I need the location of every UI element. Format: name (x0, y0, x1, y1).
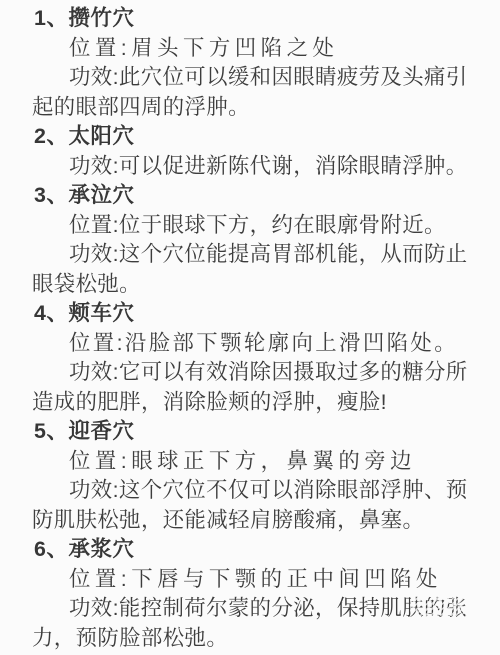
point-heading: 2、太阳穴 (32, 122, 470, 152)
point-heading: 4、颊车穴 (32, 299, 470, 329)
point-heading: 3、承泣穴 (32, 181, 470, 211)
effect-line: 功效:能控制荷尔蒙的分泌，保持肌肤的张 (32, 594, 470, 624)
effect-line: 功效:这个穴位不仅可以消除眼部浮肿、预 (32, 476, 470, 506)
effect-line: 功效:可以促进新陈代谢，消除眼睛浮肿。 (32, 152, 470, 182)
acupoint-section-5: 5、迎香穴 位置:眼球正下方，鼻翼的旁边 功效:这个穴位不仅可以消除眼部浮肿、预… (32, 417, 470, 535)
point-heading: 1、攒竹穴 (32, 4, 470, 34)
location-line: 位置:位于眼球下方，约在眼廓骨附近。 (32, 211, 470, 241)
effect-line-cont: 防肌肤松弛，还能减轻肩膀酸痛，鼻塞。 (32, 506, 470, 536)
effect-line-cont: 力，预防脸部松弛。 (32, 624, 470, 654)
acupoint-section-4: 4、颊车穴 位置:沿脸部下颚轮廓向上滑凹陷处。 功效:它可以有效消除因摄取过多的… (32, 299, 470, 417)
point-heading: 6、承浆穴 (32, 535, 470, 565)
acupoint-section-6: 6、承浆穴 位置:下唇与下颚的正中间凹陷处 功效:能控制荷尔蒙的分泌，保持肌肤的… (32, 535, 470, 653)
location-line: 位置:下唇与下颚的正中间凹陷处 (32, 565, 470, 595)
effect-line: 功效:这个穴位能提高胃部机能，从而防止 (32, 240, 470, 270)
effect-line-cont: 起的眼部四周的浮肿。 (32, 93, 470, 123)
point-heading: 5、迎香穴 (32, 417, 470, 447)
location-line: 位置:眼球正下方，鼻翼的旁边 (32, 447, 470, 477)
acupoint-section-3: 3、承泣穴 位置:位于眼球下方，约在眼廓骨附近。 功效:这个穴位能提高胃部机能，… (32, 181, 470, 299)
effect-line-cont: 眼袋松弛。 (32, 270, 470, 300)
acupoint-section-1: 1、攒竹穴 位置:眉头下方凹陷之处 功效:此穴位可以缓和因眼睛疲劳及头痛引 起的… (32, 4, 470, 122)
effect-line: 功效:此穴位可以缓和因眼睛疲劳及头痛引 (32, 63, 470, 93)
acupoint-notes-document: 1、攒竹穴 位置:眉头下方凹陷之处 功效:此穴位可以缓和因眼睛疲劳及头痛引 起的… (0, 0, 500, 655)
acupoint-section-2: 2、太阳穴 功效:可以促进新陈代谢，消除眼睛浮肿。 (32, 122, 470, 181)
effect-line-cont: 造成的肥胖，消除脸颊的浮肿，瘦脸! (32, 388, 470, 418)
location-line: 位置:沿脸部下颚轮廓向上滑凹陷处。 (32, 329, 470, 359)
location-line: 位置:眉头下方凹陷之处 (32, 34, 470, 64)
effect-line: 功效:它可以有效消除因摄取过多的糖分所 (32, 358, 470, 388)
